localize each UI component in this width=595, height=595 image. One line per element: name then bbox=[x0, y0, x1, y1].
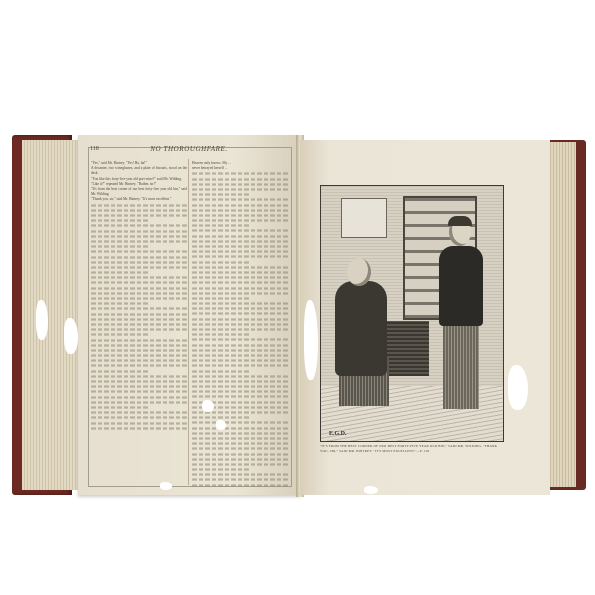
page-damage bbox=[216, 420, 226, 430]
text-line: "It's from the best corner of our best f… bbox=[91, 187, 187, 197]
text-column-2: Heaven only knows. My ... never betrayed… bbox=[192, 161, 288, 487]
page-damage bbox=[202, 400, 214, 412]
desk bbox=[383, 321, 429, 376]
running-head-title: NO THOROUGHFARE. bbox=[88, 145, 290, 153]
seated-man-head bbox=[347, 258, 371, 286]
artist-signature: E.G.D. bbox=[329, 431, 347, 437]
left-page: 118 NO THOROUGHFARE. "Yes," said Mr. Bin… bbox=[78, 135, 300, 495]
seated-man bbox=[335, 281, 387, 376]
photo-scene: 118 NO THOROUGHFARE. "Yes," said Mr. Bin… bbox=[0, 0, 595, 595]
illustration-caption: "IT'S FROM THE BEST CORNER OF OUR BEST F… bbox=[320, 444, 504, 454]
text-column-1: "Yes," said Mr. Bintrey. "Yes! Ha, ha!" … bbox=[91, 161, 187, 487]
standing-man-hair bbox=[448, 216, 472, 226]
page-edges-right bbox=[548, 142, 576, 487]
standing-man bbox=[439, 246, 483, 326]
page-damage bbox=[36, 300, 48, 340]
column-divider bbox=[188, 159, 189, 485]
page-damage bbox=[160, 482, 172, 490]
text-line: A decanter, two wineglasses, and a plate… bbox=[91, 166, 187, 176]
text-line: "Thank you, sir," said Mr. Bintrey. "It'… bbox=[91, 197, 187, 202]
running-head: 118 NO THOROUGHFARE. bbox=[88, 145, 290, 157]
right-page: E.G.D. "IT'S FROM THE BEST CORNER OF OUR… bbox=[300, 140, 550, 495]
text-line: never betrayed herself ... bbox=[192, 166, 288, 171]
page-damage bbox=[364, 486, 378, 494]
page-edges-left bbox=[22, 140, 80, 490]
engraving-illustration: E.G.D. bbox=[320, 185, 504, 442]
wall-notice bbox=[341, 198, 387, 238]
standing-man-legs bbox=[443, 324, 479, 409]
page-damage bbox=[508, 365, 528, 410]
page-damage bbox=[64, 318, 78, 354]
